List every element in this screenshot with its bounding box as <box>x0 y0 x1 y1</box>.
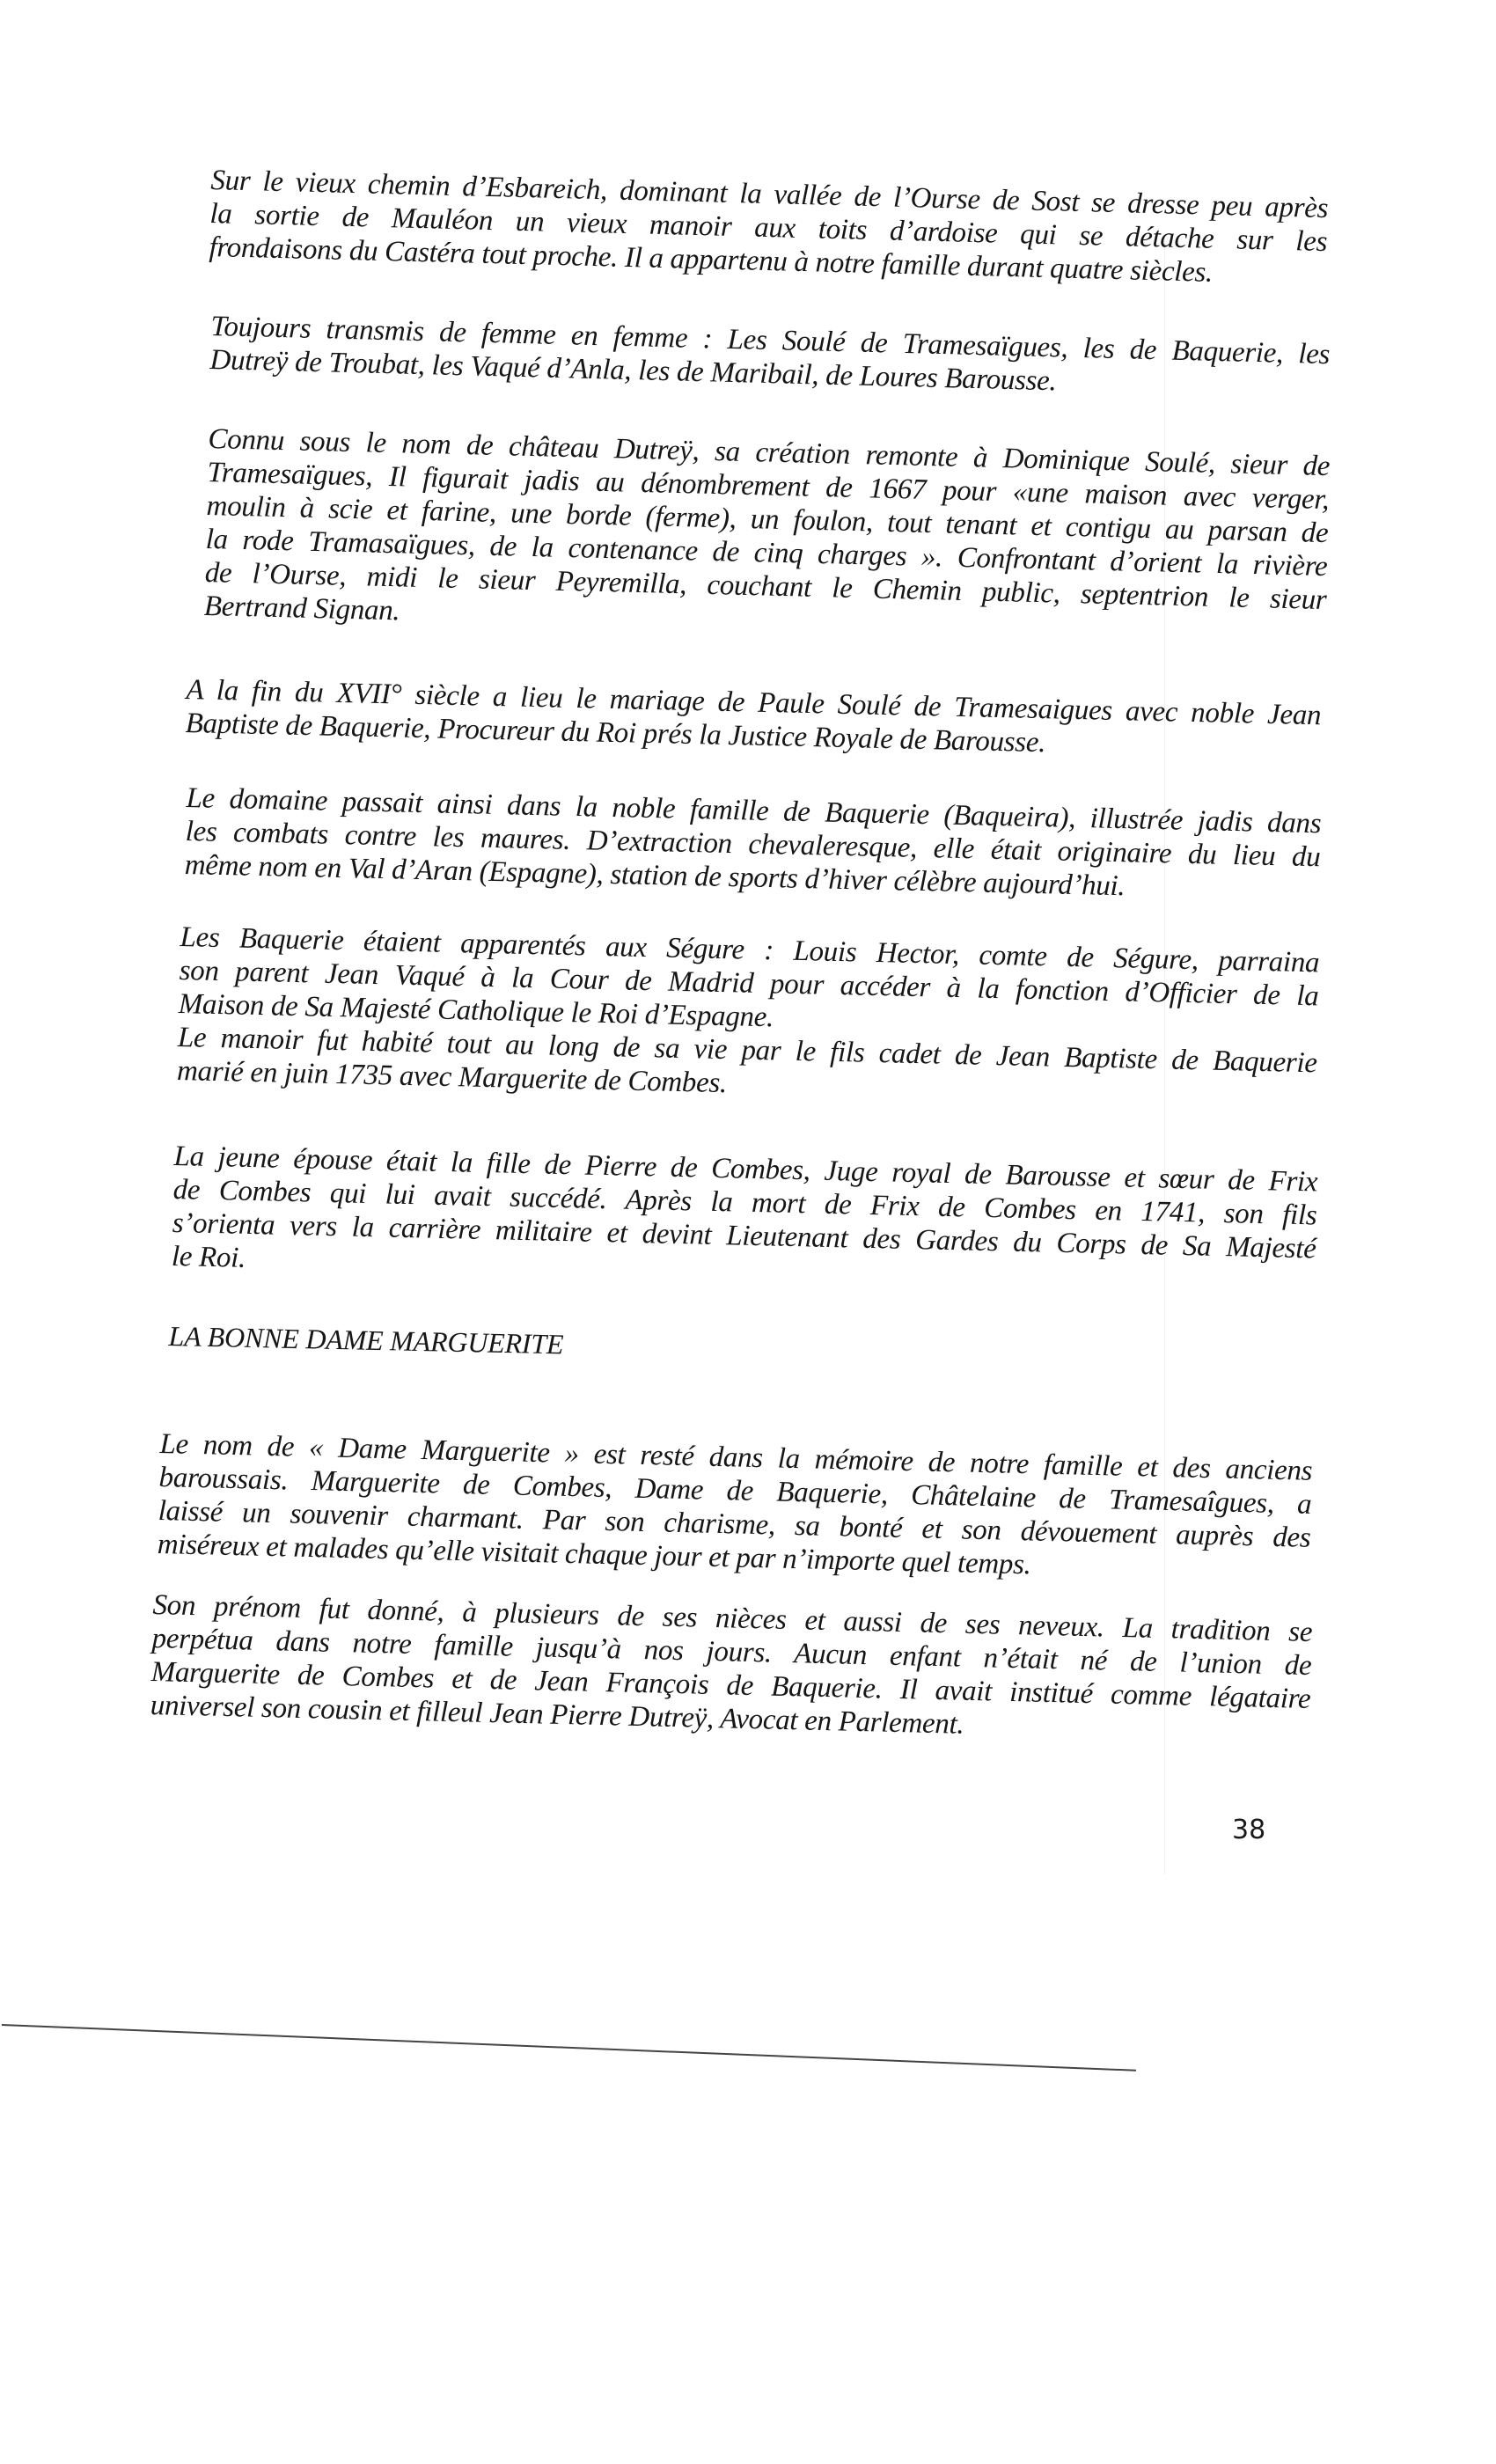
paragraph-chateau-dutrey: Connu sous le nom de château Dutreÿ, sa … <box>203 422 1330 650</box>
section-heading: LA BONNE DAME MARGUERITE <box>168 1320 563 1360</box>
paragraph-segure: Les Baquerie étaient apparentés aux Ségu… <box>177 920 1320 1113</box>
paragraph-dame-marguerite: Le nom de « Dame Marguerite » est resté … <box>157 1427 1312 1588</box>
paragraph-baquerie-family: Le domaine passait ainsi dans la noble f… <box>184 781 1321 907</box>
page-number: 38 <box>1232 1815 1265 1845</box>
scanned-document-page: Sur le vieux chemin d’Esbareich, dominan… <box>0 0 1496 2464</box>
scan-artifact-line <box>2 2024 1136 2072</box>
paragraph-transmission: Toujours transmis de femme en femme : Le… <box>209 310 1331 405</box>
paragraph-marriage-xvii: A la fin du XVII° siècle a lieu le maria… <box>185 673 1321 766</box>
paragraph-esbareich-manor: Sur le vieux chemin d’Esbareich, dominan… <box>209 164 1328 292</box>
paragraph-jeune-epouse: La jeune épouse était la fille de Pierre… <box>172 1140 1318 1299</box>
paragraph-prenom-tradition: Son prénom fut donné, à plusieurs de ses… <box>150 1588 1312 1749</box>
